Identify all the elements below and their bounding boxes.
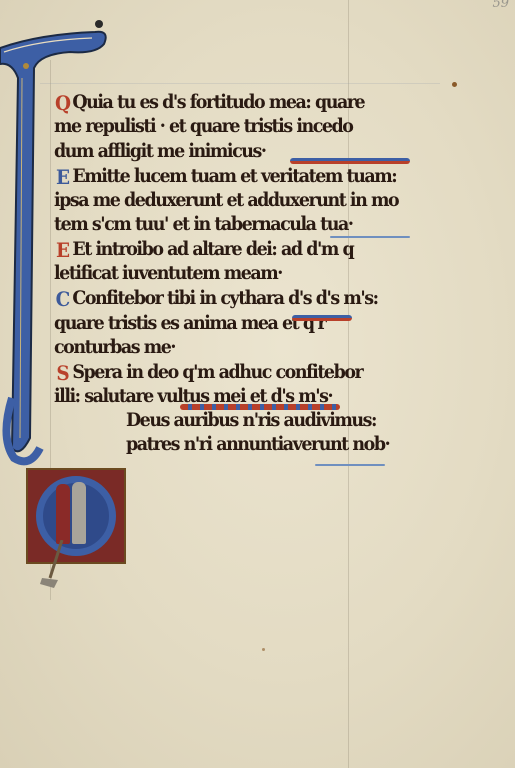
line-text: tem s'cm tuu' et in tabernacula tua· <box>54 213 352 235</box>
initial-e: E <box>54 239 71 261</box>
text-line: patres n'ri annuntiaverunt nob· <box>126 432 389 456</box>
initial-e: E <box>54 166 71 188</box>
line-text: Quia tu es d's fortitudo mea: quare <box>72 91 364 113</box>
line-filler <box>290 158 410 164</box>
line-text: quare tristis es anima mea et q'r <box>54 312 325 334</box>
text-line: quare tristis es anima mea et q'r <box>54 311 325 335</box>
stain <box>262 648 265 651</box>
line-text: Spera in deo q'm adhuc confitebor <box>72 361 362 383</box>
line-text: letificat iuventutem meam· <box>54 262 282 284</box>
text-line: CConfitebor tibi in cythara d's d's m's: <box>54 286 378 310</box>
initial-q: Q <box>54 92 71 114</box>
line-text: conturbas me· <box>54 336 175 358</box>
folio-number: 59 <box>492 0 509 11</box>
text-line: dum affligit me inimicus· <box>54 139 265 163</box>
line-text: Confitebor tibi in cythara d's d's m's: <box>72 287 377 309</box>
manuscript-page: 59 QQuia tu es d's fortitudo mea: quare … <box>0 0 515 768</box>
figure-right <box>72 482 86 544</box>
text-line: conturbas me· <box>54 335 175 359</box>
line-filler <box>315 464 385 466</box>
text-line: EEt introibo ad altare dei: ad d'm q <box>54 237 353 261</box>
line-text: Deus auribus n'ris audivimus: <box>126 409 376 431</box>
line-text: patres n'ri annuntiaverunt nob· <box>126 433 389 455</box>
line-text: me repulisti · et quare tristis incedo <box>54 115 352 137</box>
line-filler <box>292 315 352 321</box>
trumpet-icon <box>38 540 68 590</box>
line-filler <box>180 404 340 410</box>
figure-left <box>56 484 70 544</box>
initial-s: S <box>54 362 71 384</box>
text-line: SSpera in deo q'm adhuc confitebor <box>54 360 362 384</box>
text-line: QQuia tu es d's fortitudo mea: quare <box>54 90 364 114</box>
stain <box>452 82 457 87</box>
line-text: Et introibo ad altare dei: ad d'm q <box>72 238 353 260</box>
text-line: tem s'cm tuu' et in tabernacula tua· <box>54 212 352 236</box>
text-line: EEmitte lucem tuam et veritatem tuam: <box>54 164 396 188</box>
line-text: Emitte lucem tuam et veritatem tuam: <box>72 165 396 187</box>
line-filler <box>330 236 410 238</box>
text-line: Deus auribus n'ris audivimus: <box>126 408 376 432</box>
text-line: me repulisti · et quare tristis incedo <box>54 114 352 138</box>
line-text: ipsa me deduxerunt et adduxerunt in mo <box>54 189 398 211</box>
initial-c: C <box>54 288 71 310</box>
text-line: letificat iuventutem meam· <box>54 261 282 285</box>
text-line: ipsa me deduxerunt et adduxerunt in mo <box>54 188 398 212</box>
line-text: dum affligit me inimicus· <box>54 140 265 162</box>
